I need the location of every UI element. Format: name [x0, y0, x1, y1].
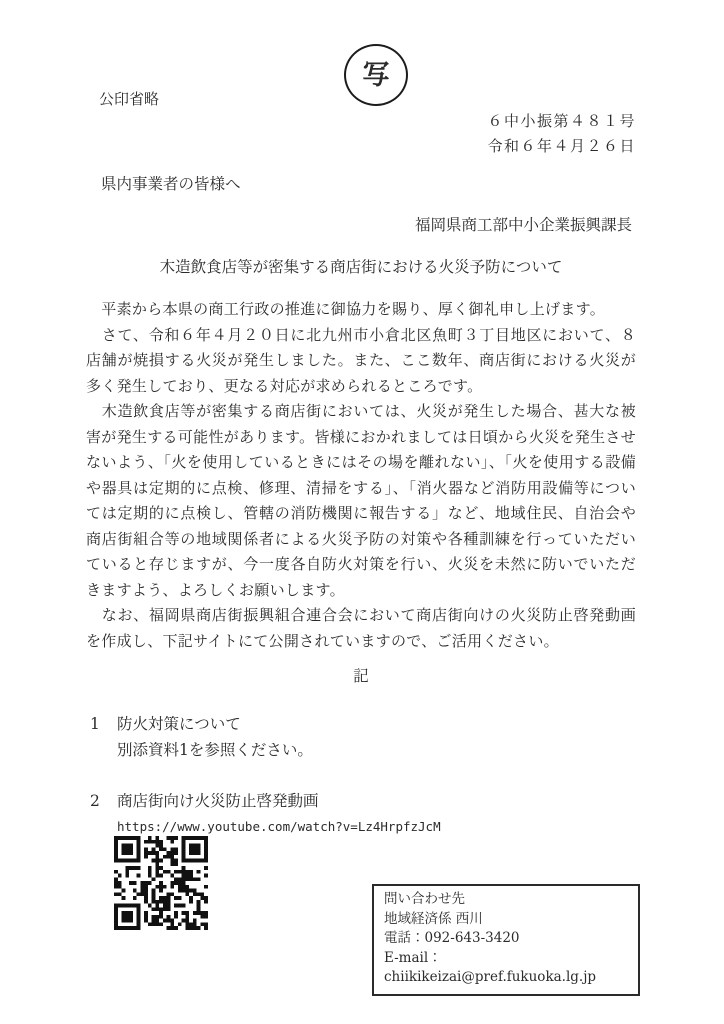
body-paragraph-4: なお、福岡県商店街振興組合連合会において商店街向けの火災防止啓発動画を作成し、下…	[86, 603, 636, 654]
body-paragraph-3: 木造飲食店等が密集する商店街においては、火災が発生した場合、甚大な被害が発生する…	[86, 399, 636, 603]
copy-stamp-circle: 写	[344, 44, 408, 106]
body-text: 平素から本県の商工行政の推進に御協力を賜り、厚く御礼申し上げます。 さて、令和６…	[86, 297, 636, 654]
sender-line: 福岡県商工部中小企業振興課長	[415, 213, 632, 235]
qr-code-icon	[114, 836, 208, 930]
copy-stamp-text: 写	[363, 62, 390, 89]
contact-label: 問い合わせ先	[384, 890, 628, 910]
doc-number: ６中小振第４８１号	[487, 109, 636, 134]
list-item-1-body: 別添資料1を参照ください。	[90, 737, 650, 763]
list-item-1-heading-line: 1防火対策について	[90, 711, 650, 737]
document-page: 写 公印省略 ６中小振第４８１号 令和６年４月２６日 県内事業者の皆様へ 福岡県…	[0, 0, 724, 1024]
list-item-1: 1防火対策について 別添資料1を参照ください。	[90, 711, 650, 763]
list-item-1-number: 1	[90, 711, 117, 737]
record-marker: 記	[86, 664, 636, 686]
body-paragraph-1: 平素から本県の商工行政の推進に御協力を賜り、厚く御礼申し上げます。	[86, 297, 636, 323]
list-item-2-heading: 商店街向け火災防止啓発動画	[117, 792, 319, 810]
list-item-2-number: 2	[90, 788, 117, 814]
reference-block: ６中小振第４８１号 令和６年４月２６日	[487, 109, 636, 159]
seal-omitted-note: 公印省略	[99, 88, 159, 109]
doc-date: 令和６年４月２６日	[487, 134, 636, 159]
recipient-line: 県内事業者の皆様へ	[101, 172, 241, 194]
doc-title: 木造飲食店等が密集する商店街における火災予防について	[86, 255, 636, 277]
contact-section: 地域経済係 西川	[384, 910, 628, 930]
contact-box: 問い合わせ先 地域経済係 西川 電話：092-643-3420 E-mail：c…	[372, 884, 640, 996]
list-item-2-heading-line: 2商店街向け火災防止啓発動画	[90, 788, 650, 814]
contact-email: E-mail：chiikikeizai@pref.fukuoka.lg.jp	[384, 949, 628, 988]
list-item-2: 2商店街向け火災防止啓発動画 https://www.youtube.com/w…	[90, 788, 650, 840]
list-item-1-heading: 防火対策について	[117, 715, 241, 733]
body-paragraph-2: さて、令和６年４月２０日に北九州市小倉北区魚町３丁目地区において、８店舗が焼損す…	[86, 323, 636, 400]
contact-phone: 電話：092-643-3420	[384, 929, 628, 949]
